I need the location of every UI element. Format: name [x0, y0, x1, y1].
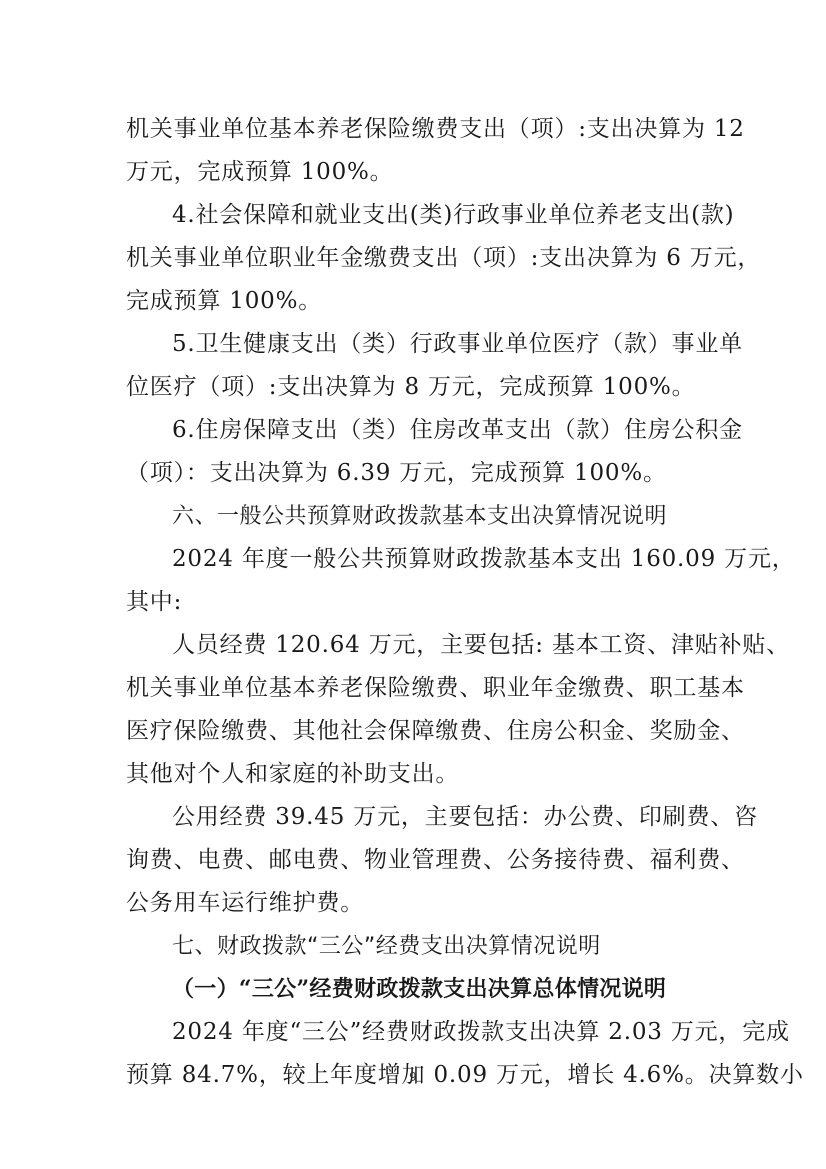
paragraph-line: 机关事业单位基本养老保险缴费、职业年金缴费、职工基本: [126, 667, 702, 710]
paragraph-line: 人员经费 120.64 万元，主要包括: 基本工资、津贴补贴、: [126, 624, 702, 667]
paragraph-line: 询费、电费、邮电费、物业管理费、公务接待费、福利费、: [126, 839, 702, 882]
paragraph-line: 机关事业单位职业年金缴费支出（项）:支出决算为 6 万元，: [126, 237, 702, 280]
paragraph-line: 机关事业单位基本养老保险缴费支出（项）:支出决算为 12: [126, 108, 702, 151]
section-heading-6: 六、一般公共预算财政拨款基本支出决算情况说明: [126, 495, 702, 538]
paragraph-line: 医疗保险缴费、其他社会保障缴费、住房公积金、奖励金、: [126, 710, 702, 753]
section-heading-7: 七、财政拨款“三公”经费支出决算情况说明: [126, 925, 702, 968]
paragraph-line: 2024 年度一般公共预算财政拨款基本支出 160.09 万元，: [126, 538, 702, 581]
paragraph-line: 位医疗（项）:支出决算为 8 万元，完成预算 100%。: [126, 366, 702, 409]
paragraph-line: 6.住房保障支出（类）住房改革支出（款）住房公积金: [126, 409, 702, 452]
paragraph-line: 其他对个人和家庭的补助支出。: [126, 753, 702, 796]
document-page: 机关事业单位基本养老保险缴费支出（项）:支出决算为 12 万元，完成预算 100…: [126, 108, 702, 1097]
paragraph-line: 公务用车运行维护费。: [126, 882, 702, 925]
paragraph-line: 其中:: [126, 581, 702, 624]
paragraph-line: 完成预算 100%。: [126, 280, 702, 323]
paragraph-line: 4.社会保障和就业支出(类)行政事业单位养老支出(款): [126, 194, 702, 237]
page-number: 9: [0, 1070, 826, 1084]
paragraph-line: 2024 年度“三公”经费财政拨款支出决算 2.03 万元，完成: [126, 1011, 702, 1054]
paragraph-line: 公用经费 39.45 万元，主要包括：办公费、印刷费、咨: [126, 796, 702, 839]
paragraph-line: 5.卫生健康支出（类）行政事业单位医疗（款）事业单: [126, 323, 702, 366]
paragraph-line: （项）：支出决算为 6.39 万元，完成预算 100%。: [126, 452, 702, 495]
subsection-heading: （一）“三公”经费财政拨款支出决算总体情况说明: [126, 968, 702, 1011]
paragraph-line: 万元，完成预算 100%。: [126, 151, 702, 194]
